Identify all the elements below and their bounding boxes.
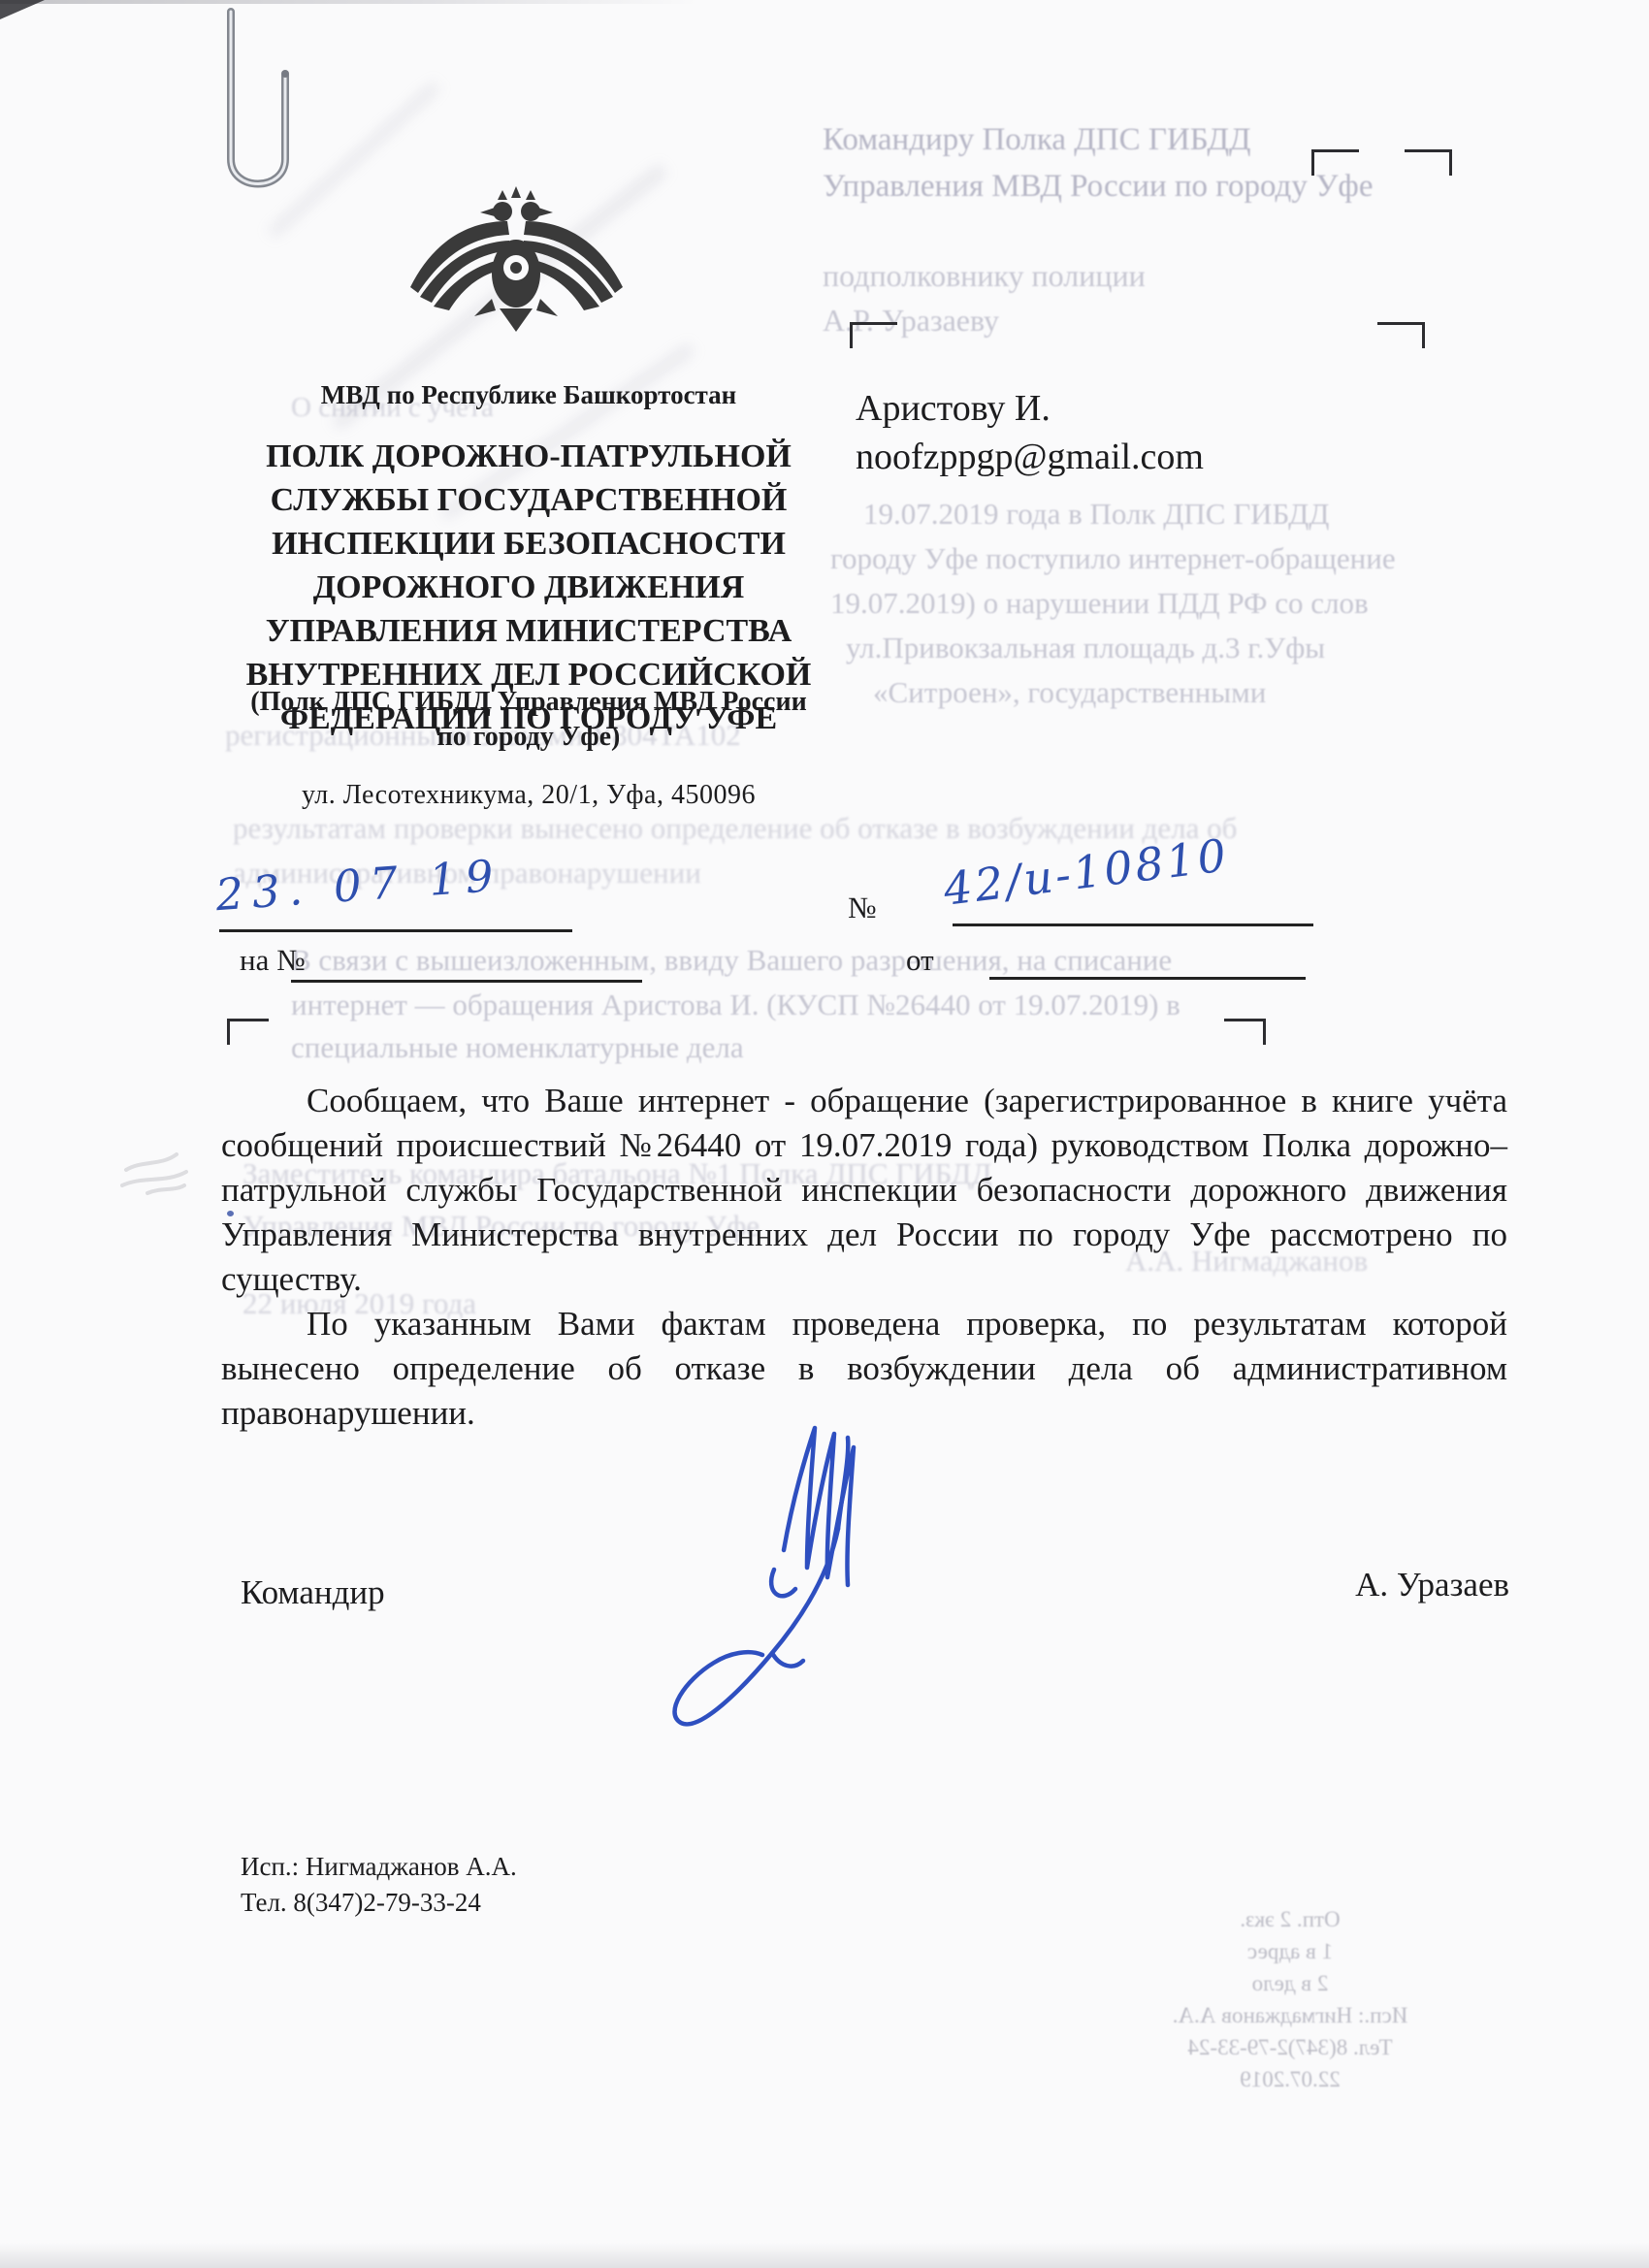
executor-line: Исп.: Нигмаджанов А.А. xyxy=(241,1849,517,1885)
corner-mark xyxy=(1224,1019,1266,1045)
signoff-name: А. Уразаев xyxy=(1164,1566,1509,1604)
letterhead-org-line: ПОЛК ДОРОЖНО-ПАТРУЛЬНОЙ xyxy=(211,435,846,478)
recipient-name: Аристову И. xyxy=(856,384,1204,433)
ghost-line: Тел. 8(347)2-79-33-24 xyxy=(1115,2031,1465,2063)
recipient-email: noofzppgp@gmail.com xyxy=(856,433,1204,481)
corner-mark xyxy=(850,322,897,348)
corner-mark xyxy=(1405,149,1452,176)
letterhead-org-line: ДОРОЖНОГО ДВИЖЕНИЯ xyxy=(211,566,846,609)
letterhead-ministry: МВД по Республике Башкортостан xyxy=(223,380,834,410)
ghost-line: В связи с вышеизложенным, ввиду Вашего р… xyxy=(291,943,1172,978)
ghost-line: ул.Привокзальная площадь д.3 г.Уфы xyxy=(846,631,1325,665)
mvd-eagle-emblem-icon xyxy=(403,184,630,335)
letter-body: Сообщаем, что Ваше интернет - обращение … xyxy=(221,1079,1507,1436)
letterhead-org-line: УПРАВЛЕНИЯ МИНИСТЕРСТВА xyxy=(211,609,846,653)
letterhead-address: ул. Лесотехникума, 20/1, Уфа, 450096 xyxy=(211,780,846,811)
phone-line: Тел. 8(347)2-79-33-24 xyxy=(241,1885,517,1921)
ghost-line: «Ситроен», государственными xyxy=(873,675,1266,710)
letterhead-org-line: СЛУЖБЫ ГОСУДАРСТВЕННОЙ xyxy=(211,478,846,522)
ghost-line: 2 в дело xyxy=(1115,1967,1465,1999)
corner-mark xyxy=(1311,149,1359,176)
from-label: от xyxy=(906,943,934,978)
paperclip-icon xyxy=(204,6,310,229)
scan-corner-shadow xyxy=(0,0,45,19)
scanned-letter-page: Командиру Полка ДПС ГИБДД Управления МВД… xyxy=(0,0,1649,2268)
ghost-mirrored-block: Отп. 2 экз. 1 в адрес 2 в дело Исп.: Ниг… xyxy=(1115,1903,1465,2095)
recipient-block: Аристову И. noofzppgp@gmail.com xyxy=(856,384,1204,481)
from-underline xyxy=(989,977,1306,980)
number-sign-label: № xyxy=(848,891,877,925)
ghost-line: Управления МВД России по городу Уфе xyxy=(823,169,1373,205)
ghost-line: интернет — обращения Аристова И. (КУСП №… xyxy=(291,988,1180,1022)
letterhead-org-short-line: (Полк ДПС ГИБДД Управления МВД России xyxy=(211,685,846,720)
scan-top-edge xyxy=(0,0,698,4)
ghost-line: 19.07.2019 года в Полк ДПС ГИБДД xyxy=(863,497,1329,532)
ghost-line: 1 в адрес xyxy=(1115,1935,1465,1967)
date-underline xyxy=(219,929,572,932)
ghost-line: Отп. 2 экз. xyxy=(1115,1903,1465,1935)
number-underline xyxy=(953,923,1313,926)
signoff-title: Командир xyxy=(241,1573,385,1612)
ghost-line: Командиру Полка ДПС ГИБДД xyxy=(823,122,1251,158)
signature-ink xyxy=(629,1412,949,1762)
corner-mark xyxy=(227,1019,269,1045)
ghost-line: 22.07.2019 xyxy=(1115,2063,1465,2095)
pencil-scribble xyxy=(118,1143,206,1201)
on-number-underline xyxy=(291,980,642,983)
letterhead-org-line: ИНСПЕКЦИИ БЕЗОПАСНОСТИ xyxy=(211,522,846,566)
ghost-line: городу Уфе поступило интернет-обращение xyxy=(830,541,1396,576)
ghost-line: подполковнику полиции xyxy=(823,258,1146,294)
body-paragraph-1: Сообщаем, что Ваше интернет - обращение … xyxy=(221,1079,1507,1302)
on-number-label: на № xyxy=(240,943,306,978)
footer-block: Исп.: Нигмаджанов А.А. Тел. 8(347)2-79-3… xyxy=(241,1849,517,1921)
corner-mark xyxy=(1377,322,1425,348)
ghost-line: специальные номенклатурные дела xyxy=(291,1030,744,1065)
ghost-line: результатам проверки вынесено определени… xyxy=(233,811,1237,846)
ghost-line: Исп.: Нигмаджанов А.А. xyxy=(1115,1999,1465,2031)
scan-bottom-shadow xyxy=(0,2243,1649,2268)
letterhead-org-short: (Полк ДПС ГИБДД Управления МВД России по… xyxy=(211,685,846,755)
ghost-line: 19.07.2019) о нарушении ПДД РФ со слов xyxy=(830,586,1369,621)
letterhead-org-short-line: по городу Уфе) xyxy=(211,720,846,755)
